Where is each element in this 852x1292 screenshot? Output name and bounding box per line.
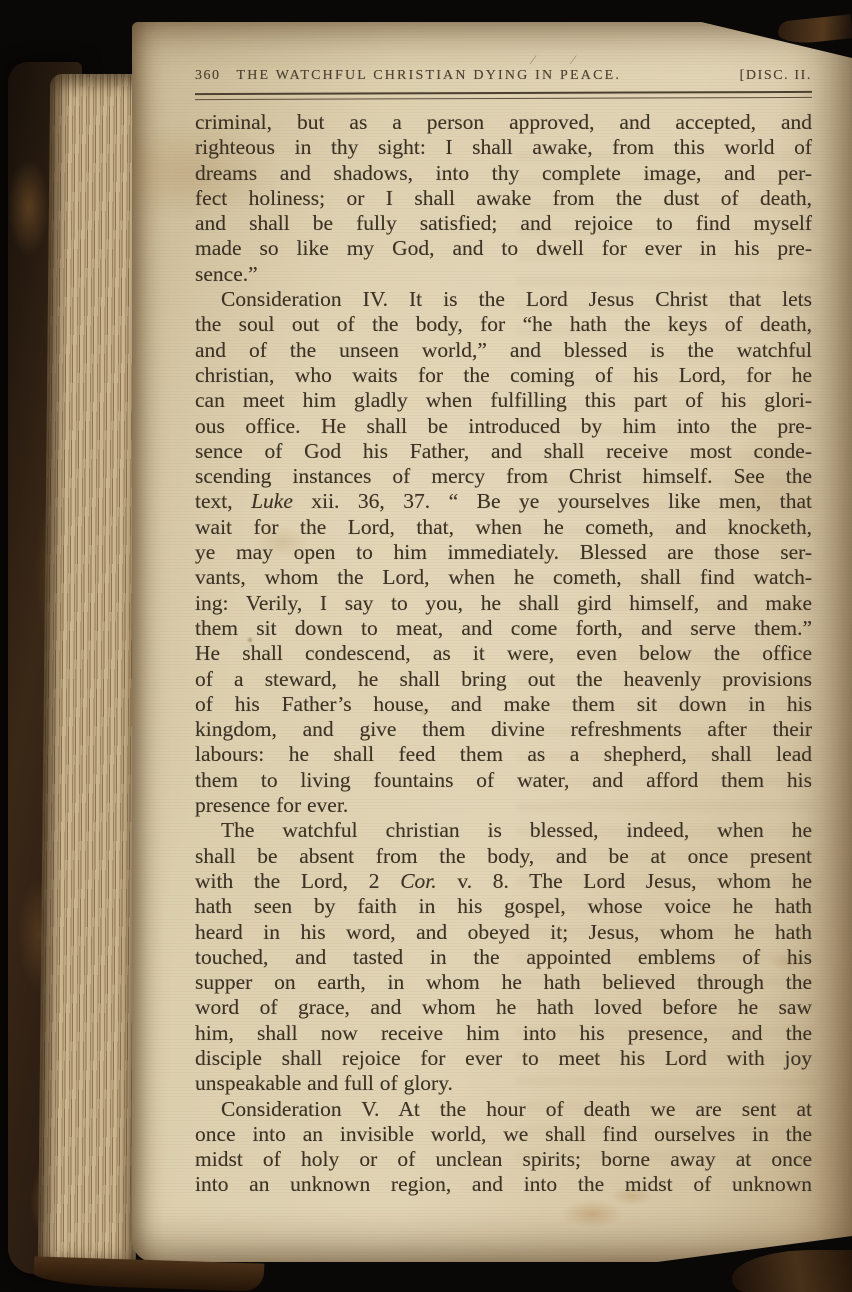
text-line: wait for the Lord, that, when he cometh,… (195, 515, 812, 540)
text-run: text, (195, 489, 251, 513)
text-line: disciple shall rejoice for ever to meet … (195, 1046, 812, 1071)
text-line: shall be absent from the body, and be at… (195, 844, 812, 869)
cover-tip-bottom-left (34, 1256, 265, 1291)
discourse-label: [DISC. II. (740, 68, 812, 84)
text-line: criminal, but as a person approved, and … (195, 110, 812, 135)
text-run: v. 8. The Lord Jesus, whom he (437, 869, 812, 893)
text-line: ous office. He shall be introduced by hi… (195, 414, 812, 439)
text-run: xii. 36, 37. “ Be ye yourselves like men… (293, 489, 812, 513)
text-line: hath seen by faith in his gospel, whose … (195, 894, 812, 919)
text-line: He shall condescend, as it were, even be… (195, 641, 812, 666)
text-line: presence for ever. (195, 793, 812, 818)
body-text: criminal, but as a person approved, and … (195, 110, 812, 1198)
text-line: labours: he shall feed them as a shepher… (195, 742, 812, 767)
paragraph: Consideration V. At the hour of death we… (195, 1097, 812, 1198)
text-line: scending instances of mercy from Christ … (195, 464, 812, 489)
text-line: him, shall now receive him into his pres… (195, 1021, 812, 1046)
text-line: word of grace, and whom he hath loved be… (195, 995, 812, 1020)
running-title: THE WATCHFUL CHRISTIAN DYING IN PEACE. (237, 68, 622, 84)
text-line: supper on earth, in whom he hath believe… (195, 970, 812, 995)
text-line: sence of God his Father, and shall recei… (195, 439, 812, 464)
italic-citation: Cor. (400, 869, 436, 893)
text-line: Consideration IV. It is the Lord Jesus C… (195, 287, 812, 312)
text-line: dreams and shadows, into thy complete im… (195, 161, 812, 186)
text-line: made so like my God, and to dwell for ev… (195, 236, 812, 261)
text-line: kingdom, and give them divine refreshmen… (195, 717, 812, 742)
text-line: touched, and tasted in the appointed emb… (195, 945, 812, 970)
text-run: with the Lord, 2 (195, 869, 400, 893)
text-line: ing: Verily, I say to you, he shall gird… (195, 591, 812, 616)
text-line: ye may open to him immediately. Blessed … (195, 540, 812, 565)
text-line: unspeakable and full of glory. (195, 1071, 812, 1096)
running-header: 360 THE WATCHFUL CHRISTIAN DYING IN PEAC… (195, 68, 812, 84)
text-line: the soul out of the body, for “he hath t… (195, 312, 812, 337)
italic-citation: Luke (251, 489, 293, 513)
text-line: sence.” (195, 262, 812, 287)
text-line: text, Luke xii. 36, 37. “ Be ye yourselv… (195, 489, 812, 514)
book-page: ⁄⁄ 360 THE WATCHFUL CHRISTIAN DYING IN P… (132, 22, 852, 1262)
page-content: ⁄⁄ 360 THE WATCHFUL CHRISTIAN DYING IN P… (132, 22, 852, 1262)
text-line: of his Father’s house, and make them sit… (195, 692, 812, 717)
text-line: once into an invisible world, we shall f… (195, 1122, 812, 1147)
text-line: The watchful christian is blessed, indee… (195, 818, 812, 843)
scanned-book-photo: ⁄⁄ 360 THE WATCHFUL CHRISTIAN DYING IN P… (0, 0, 852, 1292)
paragraph: The watchful christian is blessed, indee… (195, 818, 812, 1096)
text-line: Consideration V. At the hour of death we… (195, 1097, 812, 1122)
text-line: heard in his word, and obeyed it; Jesus,… (195, 920, 812, 945)
stray-pen-marks: ⁄⁄ (532, 52, 612, 68)
text-line: into an unknown region, and into the mid… (195, 1172, 812, 1197)
text-line: them sit down to meat, and come forth, a… (195, 616, 812, 641)
text-line: and of the unseen world,” and blessed is… (195, 338, 812, 363)
text-line: with the Lord, 2 Cor. v. 8. The Lord Jes… (195, 869, 812, 894)
text-line: vants, whom the Lord, when he cometh, sh… (195, 565, 812, 590)
header-double-rule (195, 91, 812, 100)
text-line: of a steward, he shall bring out the hea… (195, 667, 812, 692)
text-line: midst of holy or of unclean spirits; bor… (195, 1147, 812, 1172)
text-line: righteous in thy sight: I shall awake, f… (195, 135, 812, 160)
page-number: 360 (195, 68, 221, 84)
paragraph: Consideration IV. It is the Lord Jesus C… (195, 287, 812, 818)
paragraph: criminal, but as a person approved, and … (195, 110, 812, 287)
text-line: can meet him gladly when fulfilling this… (195, 388, 812, 413)
text-line: christian, who waits for the coming of h… (195, 363, 812, 388)
text-line: and shall be fully satisfied; and rejoic… (195, 211, 812, 236)
text-line: fect holiness; or I shall awake from the… (195, 186, 812, 211)
text-line: them to living fountains of water, and a… (195, 768, 812, 793)
